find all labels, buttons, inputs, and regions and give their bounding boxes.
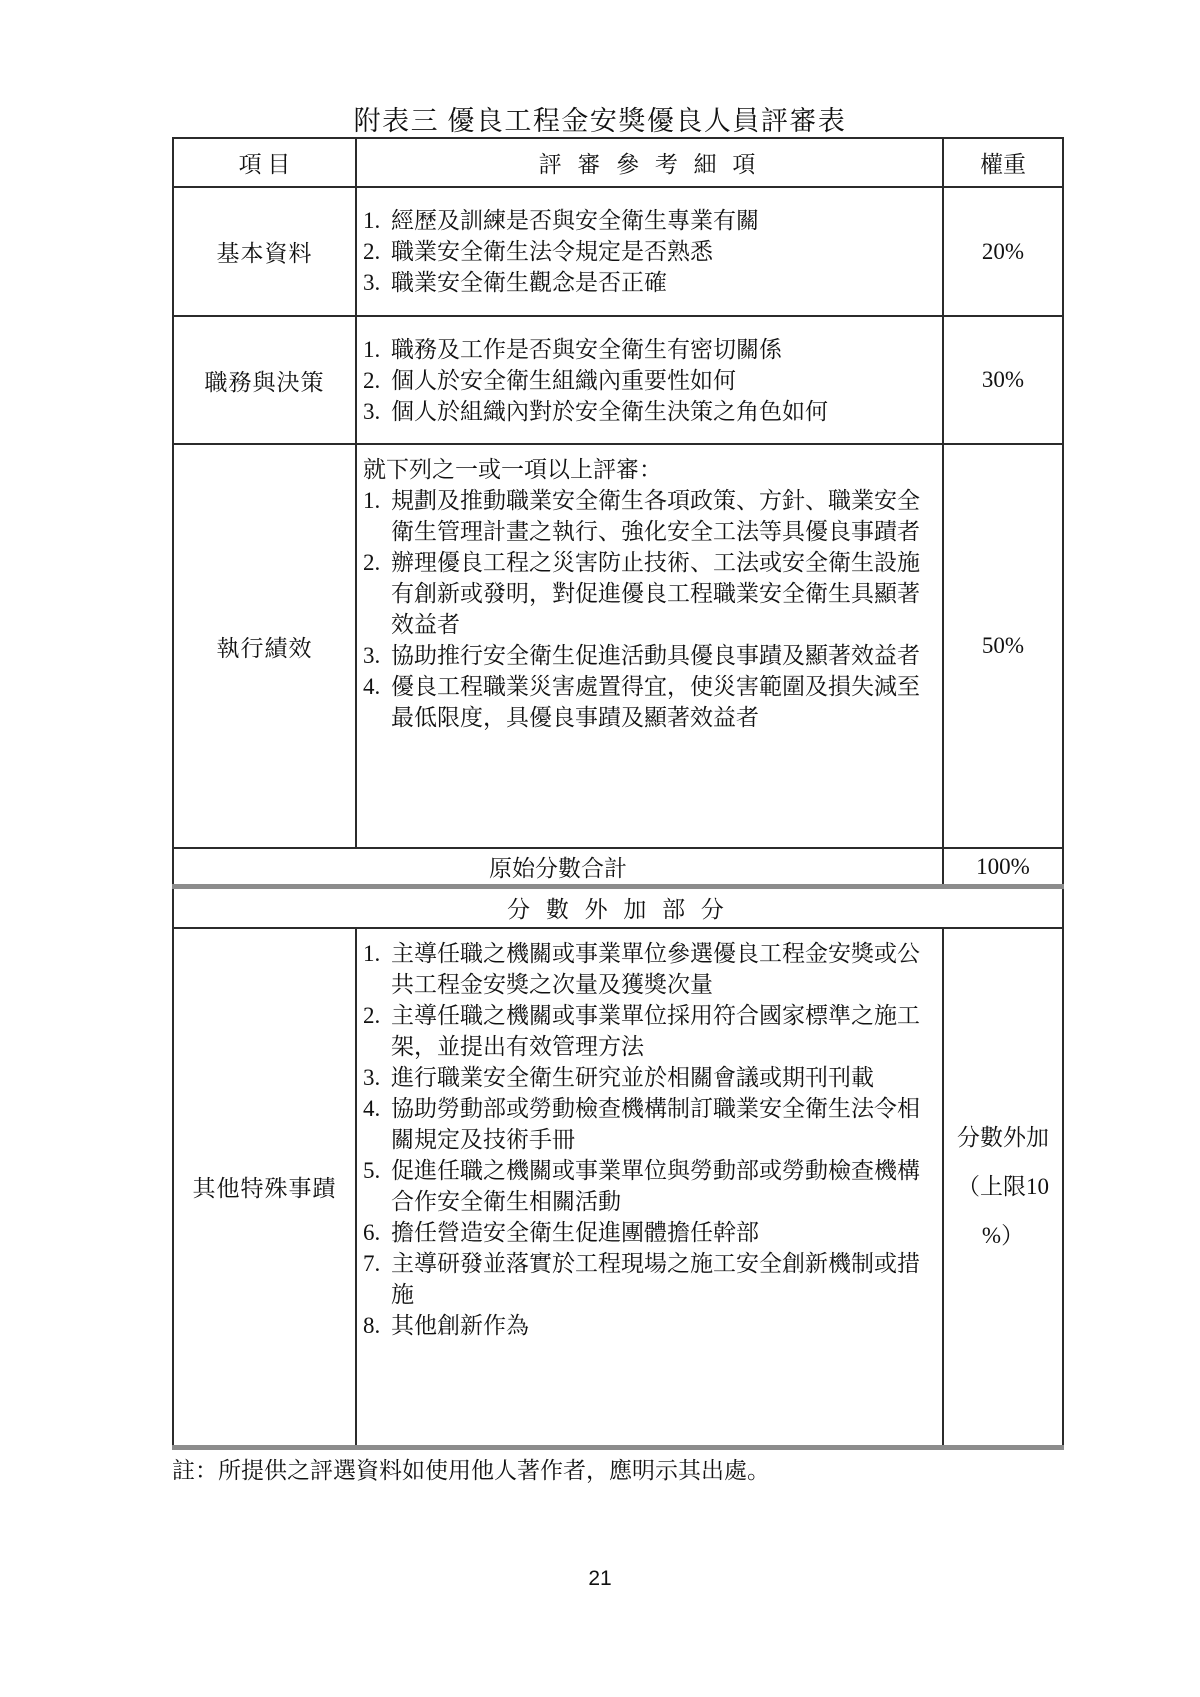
- table-row: 職務與決策1.職務及工作是否與安全衛生有密切關係2.個人於安全衛生組織內重要性如…: [173, 316, 1063, 444]
- detail-line: 6.擔任營造安全衛生促進團體擔任幹部: [363, 1217, 938, 1248]
- footnote: 註：所提供之評選資料如使用他人著作者，應明示其出處。: [172, 1452, 770, 1485]
- item-cell: 執行績效: [173, 444, 356, 848]
- detail-line: 3.協助推行安全衛生促進活動具優良事蹟及顯著效益者: [363, 640, 938, 671]
- table-row: 分 數 外 加 部 分: [173, 887, 1063, 928]
- header-details: 評 審 參 考 細 項: [356, 138, 943, 187]
- detail-line-number: 2.: [363, 1000, 380, 1031]
- detail-line: 8.其他創新作為: [363, 1310, 938, 1341]
- summary-label: 原始分數合計: [173, 848, 943, 887]
- table-header-row: 項 目 評 審 參 考 細 項 權重: [173, 138, 1063, 187]
- weight-line: 分數外加: [949, 1113, 1057, 1162]
- weight-cell: 30%: [943, 316, 1063, 444]
- summary-weight: 100%: [943, 848, 1063, 887]
- detail-line-number: 1.: [363, 485, 380, 516]
- detail-line-number: 5.: [363, 1155, 380, 1186]
- detail-line: 2.主導任職之機關或事業單位採用符合國家標準之施工架，並提出有效管理方法: [363, 1000, 938, 1062]
- detail-line: 2.個人於安全衛生組織內重要性如何: [363, 365, 938, 396]
- detail-line-number: 3.: [363, 267, 380, 298]
- detail-line-number: 4.: [363, 671, 380, 702]
- detail-line: 4.優良工程職業災害處置得宜，使災害範圍及損失減至最低限度，具優良事蹟及顯著效益…: [363, 671, 938, 733]
- table-row: 基本資料1.經歷及訓練是否與安全衛生專業有關2.職業安全衛生法令規定是否熟悉3.…: [173, 187, 1063, 316]
- detail-line: 4.協助勞動部或勞動檢查機構制訂職業安全衛生法令相關規定及技術手冊: [363, 1093, 938, 1155]
- detail-line: 3.進行職業安全衛生研究並於相關會議或期刊刊載: [363, 1062, 938, 1093]
- detail-line-number: 1.: [363, 205, 380, 236]
- table-row: 其他特殊事蹟1.主導任職之機關或事業單位參選優良工程金安獎或公共工程金安獎之次量…: [173, 928, 1063, 1448]
- item-cell: 基本資料: [173, 187, 356, 316]
- detail-line-number: 8.: [363, 1310, 380, 1341]
- details-cell: 1.職務及工作是否與安全衛生有密切關係2.個人於安全衛生組織內重要性如何3.個人…: [356, 316, 943, 444]
- weight-cell: 50%: [943, 444, 1063, 848]
- detail-line-number: 4.: [363, 1093, 380, 1124]
- weight-cell: 分數外加（上限10%）: [943, 928, 1063, 1448]
- detail-line-number: 1.: [363, 938, 380, 969]
- details-cell: 就下列之一或一項以上評審：1.規劃及推動職業安全衛生各項政策、方針、職業安全衛生…: [356, 444, 943, 848]
- detail-line: 2.職業安全衛生法令規定是否熟悉: [363, 236, 938, 267]
- detail-line: 7.主導研發並落實於工程現場之施工安全創新機制或措施: [363, 1248, 938, 1310]
- detail-line-number: 3.: [363, 640, 380, 671]
- detail-line: 3.職業安全衛生觀念是否正確: [363, 267, 938, 298]
- page-number: 21: [0, 1567, 1200, 1591]
- review-table: 項 目 評 審 參 考 細 項 權重 基本資料1.經歷及訓練是否與安全衛生專業有…: [172, 137, 1064, 1450]
- header-item: 項 目: [173, 138, 356, 187]
- detail-line-number: 3.: [363, 396, 380, 427]
- item-cell: 其他特殊事蹟: [173, 928, 356, 1448]
- detail-line-number: 3.: [363, 1062, 380, 1093]
- page-title: 附表三 優良工程金安獎優良人員評審表: [0, 99, 1200, 138]
- detail-line: 5.促進任職之機關或事業單位與勞動部或勞動檢查機構合作安全衛生相關活動: [363, 1155, 938, 1217]
- table-row: 原始分數合計100%: [173, 848, 1063, 887]
- detail-line: 2.辦理優良工程之災害防止技術、工法或安全衛生設施有創新或發明，對促進優良工程職…: [363, 547, 938, 640]
- weight-line: （上限10: [949, 1162, 1057, 1211]
- detail-line-number: 2.: [363, 547, 380, 578]
- section-header: 分 數 外 加 部 分: [173, 887, 1063, 928]
- details-cell: 1.經歷及訓練是否與安全衛生專業有關2.職業安全衛生法令規定是否熟悉3.職業安全…: [356, 187, 943, 316]
- weight-line: %）: [949, 1211, 1057, 1260]
- detail-line: 就下列之一或一項以上評審：: [363, 454, 938, 485]
- header-weight: 權重: [943, 138, 1063, 187]
- details-cell: 1.主導任職之機關或事業單位參選優良工程金安獎或公共工程金安獎之次量及獲獎次量2…: [356, 928, 943, 1448]
- detail-line-number: 7.: [363, 1248, 380, 1279]
- detail-line: 1.職務及工作是否與安全衛生有密切關係: [363, 334, 938, 365]
- detail-line: 3.個人於組織內對於安全衛生決策之角色如何: [363, 396, 938, 427]
- weight-cell: 20%: [943, 187, 1063, 316]
- detail-line: 1.主導任職之機關或事業單位參選優良工程金安獎或公共工程金安獎之次量及獲獎次量: [363, 938, 938, 1000]
- table-row: 執行績效就下列之一或一項以上評審：1.規劃及推動職業安全衛生各項政策、方針、職業…: [173, 444, 1063, 848]
- detail-line: 1.規劃及推動職業安全衛生各項政策、方針、職業安全衛生管理計畫之執行、強化安全工…: [363, 485, 938, 547]
- detail-line: 1.經歷及訓練是否與安全衛生專業有關: [363, 205, 938, 236]
- detail-line-number: 1.: [363, 334, 380, 365]
- detail-line-number: 6.: [363, 1217, 380, 1248]
- detail-line-number: 2.: [363, 236, 380, 267]
- detail-line-number: 2.: [363, 365, 380, 396]
- item-cell: 職務與決策: [173, 316, 356, 444]
